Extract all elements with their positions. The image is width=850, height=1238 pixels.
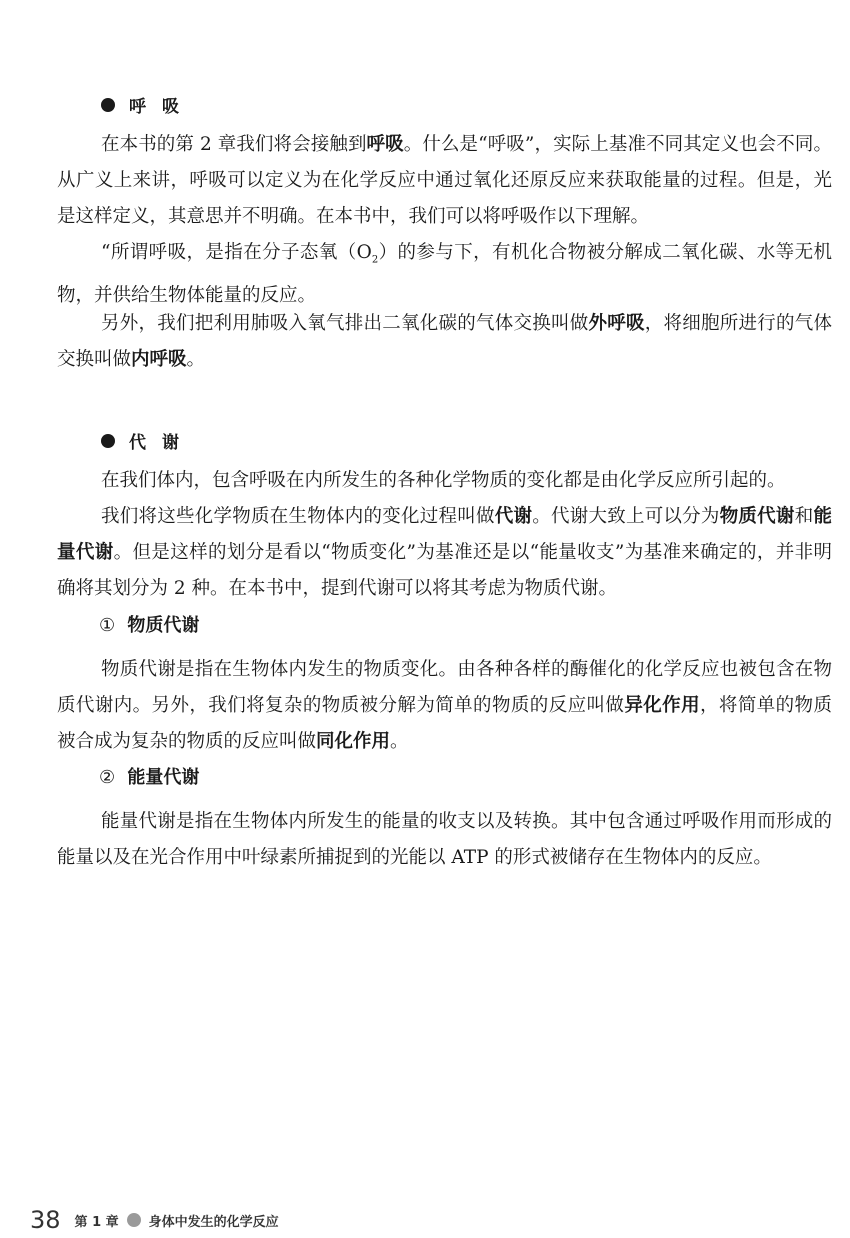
text-run: 能量代谢是指在生物体内所发生的能量的收支以及转换。其中包含通过呼吸作用而形成的能… — [57, 811, 832, 868]
text-run: 。 — [390, 731, 409, 752]
chapter-title: 身体中发生的化学反应 — [149, 1211, 279, 1230]
text-run: 。但是这样的划分是看以“物质变化”为基准还是以“能量收支”为基准来确定的，并非明… — [57, 542, 832, 599]
subsection-heading-material-metabolism: ① 物质代谢 — [99, 611, 199, 637]
text-run: “所谓呼吸，是指在分子态氧（O — [101, 242, 372, 263]
chapter-label: 第 1 章 — [75, 1211, 119, 1230]
text-run: 在本书的第 2 章我们将会接触到 — [101, 134, 367, 155]
text-run: 我们将这些化学物质在生物体内的变化过程叫做 — [101, 506, 495, 527]
bold-term: 内呼吸 — [131, 349, 187, 370]
subsection-heading-energy-metabolism: ② 能量代谢 — [99, 763, 199, 789]
paragraph: “所谓呼吸，是指在分子态氧（O2）的参与下，有机化合物被分解成二氧化碳、水等无机… — [57, 235, 832, 315]
section-title: 呼吸 — [129, 92, 195, 117]
paragraph: 在我们体内，包含呼吸在内所发生的各种化学物质的变化都是由化学反应所引起的。 — [57, 463, 832, 499]
subsection-number: ① — [99, 615, 115, 636]
bullet-icon — [101, 98, 115, 112]
text-run: 和 — [795, 506, 814, 527]
text-run: 。 — [187, 349, 206, 370]
page-number: 38 — [30, 1206, 61, 1234]
text-run: 另外，我们把利用肺吸入氧气排出二氧化碳的气体交换叫做 — [101, 313, 588, 334]
section-heading-respiration: 呼吸 — [101, 92, 195, 117]
subsection-title: 能量代谢 — [127, 767, 199, 788]
bold-term: 异化作用 — [624, 695, 700, 716]
section-heading-metabolism: 代谢 — [101, 428, 195, 453]
paragraph: 我们将这些化学物质在生物体内的变化过程叫做代谢。代谢大致上可以分为物质代谢和能量… — [57, 499, 832, 607]
chapter-separator-icon — [127, 1213, 141, 1227]
bold-term: 同化作用 — [316, 731, 390, 752]
paragraph: 另外，我们把利用肺吸入氧气排出二氧化碳的气体交换叫做外呼吸，将细胞所进行的气体交… — [57, 306, 832, 378]
bullet-icon — [101, 434, 115, 448]
subsection-number: ② — [99, 767, 115, 788]
paragraph: 在本书的第 2 章我们将会接触到呼吸。什么是“呼吸”，实际上基准不同其定义也会不… — [57, 127, 832, 235]
bold-term: 代谢 — [495, 506, 533, 527]
page-footer: 38 第 1 章 身体中发生的化学反应 — [30, 1206, 279, 1234]
bold-term: 物质代谢 — [720, 506, 795, 527]
paragraph: 物质代谢是指在生物体内发生的物质变化。由各种各样的酶催化的化学反应也被包含在物质… — [57, 652, 832, 760]
text-run: 。代谢大致上可以分为 — [532, 506, 719, 527]
text-run: 在我们体内，包含呼吸在内所发生的各种化学物质的变化都是由化学反应所引起的。 — [101, 470, 786, 491]
section-title: 代谢 — [129, 428, 195, 453]
bold-term: 外呼吸 — [588, 313, 644, 334]
bold-term: 呼吸 — [367, 134, 404, 155]
document-page: 呼吸 在本书的第 2 章我们将会接触到呼吸。什么是“呼吸”，实际上基准不同其定义… — [0, 0, 850, 1238]
subsection-title: 物质代谢 — [127, 615, 199, 636]
paragraph: 能量代谢是指在生物体内所发生的能量的收支以及转换。其中包含通过呼吸作用而形成的能… — [57, 804, 832, 876]
